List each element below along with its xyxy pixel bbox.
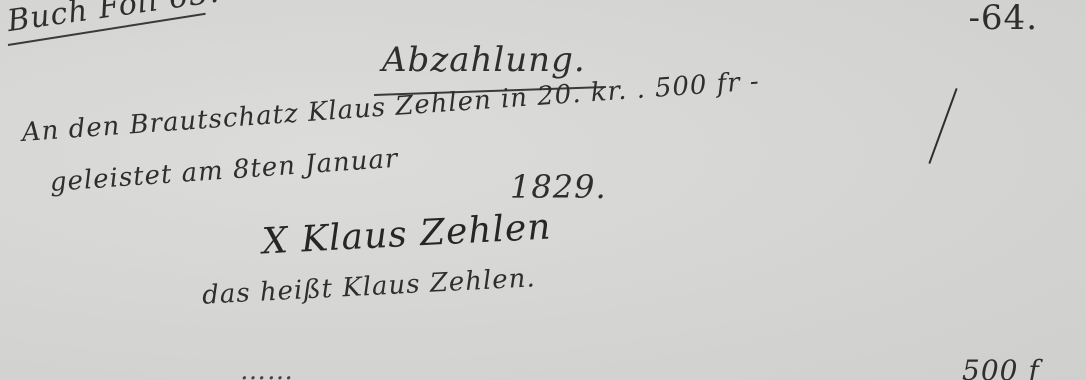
- page-number: -64.: [968, 0, 1038, 38]
- book-folio-reference: Buch Foli 63.: [5, 0, 221, 39]
- manuscript-page: Buch Foli 63. -64. Abzahlung. An den Bra…: [0, 0, 1086, 380]
- entry-line-2: geleistet am 8ten Januar: [49, 144, 399, 198]
- cut-off-amount: 500 f: [962, 354, 1040, 380]
- signature-caption: das heißt Klaus Zehlen.: [201, 263, 536, 310]
- cut-off-line: ……: [240, 356, 294, 380]
- page-heading: Abzahlung.: [382, 40, 586, 80]
- amount-stroke: [928, 88, 957, 164]
- entry-year: 1829.: [510, 168, 607, 206]
- signature-mark: X Klaus Zehlen: [261, 206, 552, 262]
